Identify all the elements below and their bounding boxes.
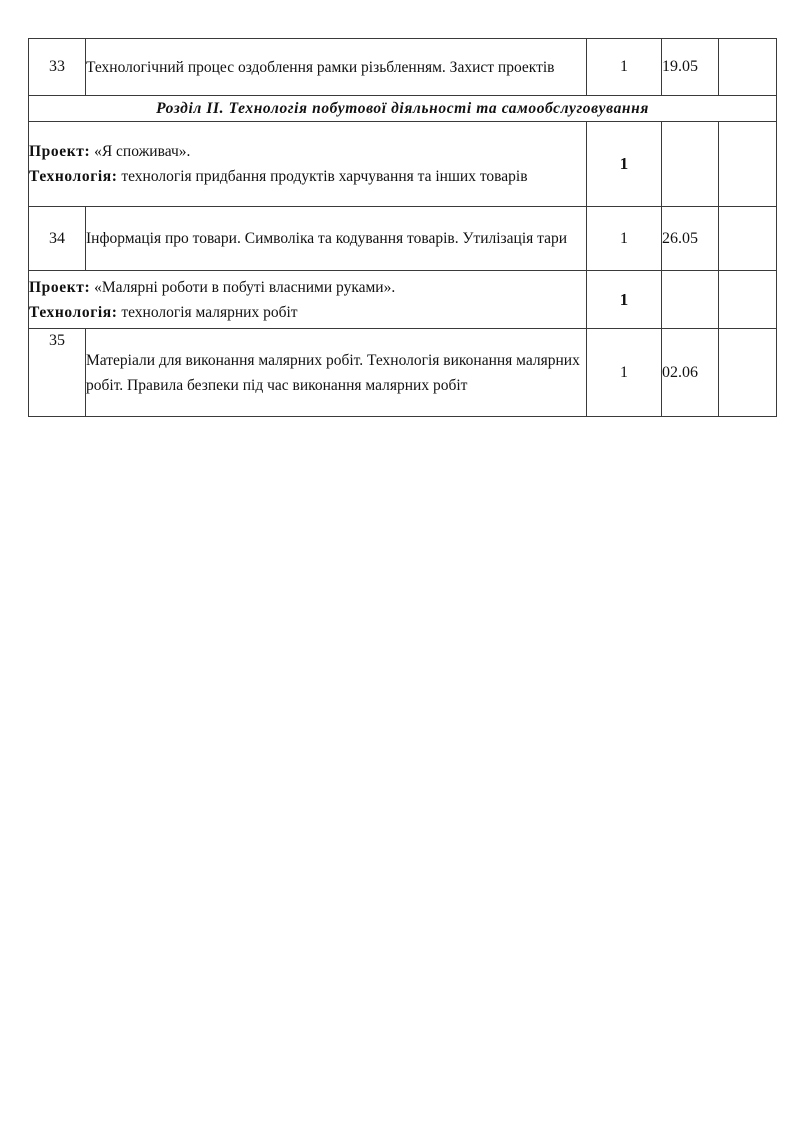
lesson-date: 02.06	[662, 329, 719, 417]
section-title: Розділ ІІ. Технологія побутової діяльнос…	[29, 96, 777, 122]
lesson-date: 26.05	[662, 207, 719, 271]
project-row: Проект: «Я споживач». Технологія: технол…	[29, 122, 777, 207]
lesson-date: 19.05	[662, 39, 719, 96]
project-row: Проект: «Малярні роботи в побуті власним…	[29, 271, 777, 329]
project-hours: 1	[587, 122, 662, 207]
lesson-topic: Матеріали для виконання малярних робіт. …	[86, 329, 587, 417]
project-description: Проект: «Малярні роботи в побуті власним…	[29, 271, 587, 329]
project-name: «Малярні роботи в побуті власними руками…	[94, 279, 395, 296]
project-label: Проект:	[29, 279, 90, 296]
section-row: Розділ ІІ. Технологія побутової діяльнос…	[29, 96, 777, 122]
technology-text: технологія малярних робіт	[121, 304, 297, 321]
technology-line: Технологія: технологія придбання продукт…	[29, 164, 586, 189]
lesson-note	[719, 329, 777, 417]
technology-label: Технологія:	[29, 304, 117, 321]
lesson-note	[719, 39, 777, 96]
table-row: 33 Технологічний процес оздоблення рамки…	[29, 39, 777, 96]
project-note	[719, 122, 777, 207]
technology-line: Технологія: технологія малярних робіт	[29, 300, 586, 325]
project-name: «Я споживач».	[94, 143, 190, 160]
technology-text: технологія придбання продуктів харчуванн…	[121, 168, 527, 185]
table-row: 35 Матеріали для виконання малярних робі…	[29, 329, 777, 417]
lesson-topic: Технологічний процес оздоблення рамки рі…	[86, 39, 587, 96]
project-description: Проект: «Я споживач». Технологія: технол…	[29, 122, 587, 207]
project-date	[662, 122, 719, 207]
table-row: 34 Інформація про товари. Символіка та к…	[29, 207, 777, 271]
project-date	[662, 271, 719, 329]
lesson-plan-table: 33 Технологічний процес оздоблення рамки…	[28, 38, 777, 417]
lesson-number: 35	[29, 329, 86, 417]
lesson-topic: Інформація про товари. Символіка та коду…	[86, 207, 587, 271]
lesson-hours: 1	[587, 329, 662, 417]
technology-label: Технологія:	[29, 168, 117, 185]
lesson-hours: 1	[587, 39, 662, 96]
lesson-hours: 1	[587, 207, 662, 271]
lesson-note	[719, 207, 777, 271]
project-note	[719, 271, 777, 329]
project-hours: 1	[587, 271, 662, 329]
project-line: Проект: «Малярні роботи в побуті власним…	[29, 275, 586, 300]
project-line: Проект: «Я споживач».	[29, 139, 586, 164]
project-label: Проект:	[29, 143, 90, 160]
lesson-number: 34	[29, 207, 86, 271]
lesson-number: 33	[29, 39, 86, 96]
